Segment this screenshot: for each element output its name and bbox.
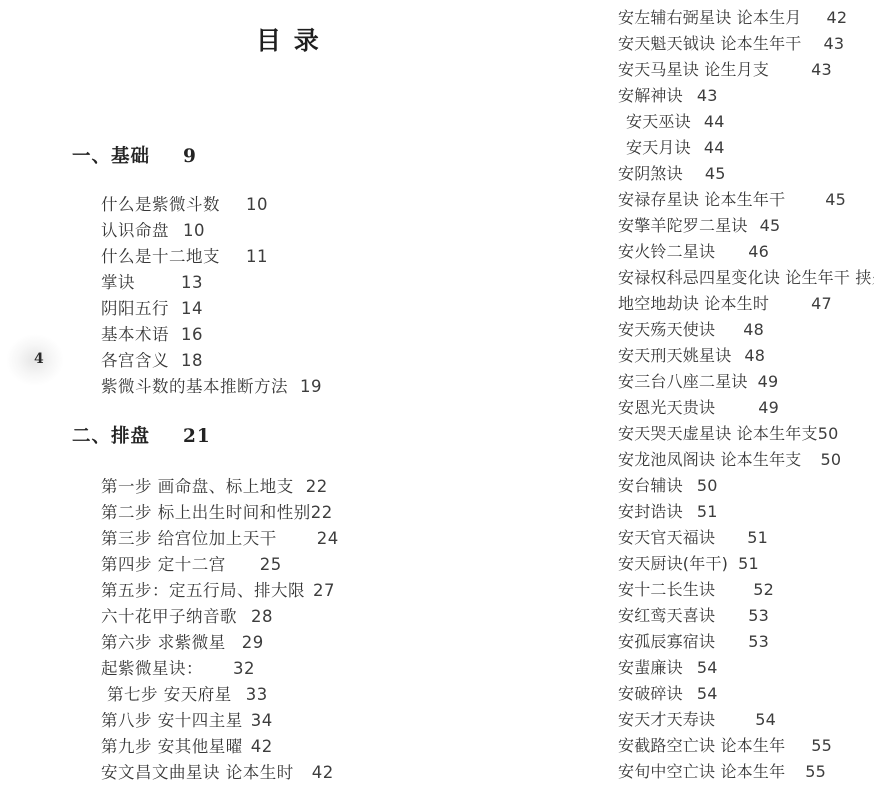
toc-entry-label: 第七步 安天府星 [107, 685, 232, 704]
toc-entry: 第二步 标上出生时间和性别22 [101, 500, 339, 526]
toc-entry-page: 44 [704, 135, 725, 161]
toc-entry-page: 24 [317, 526, 339, 552]
toc-entry-label: 安天马星诀 论生月支 [618, 60, 769, 79]
toc-entry-page: 11 [246, 244, 268, 270]
toc-entry-page: 22 [311, 500, 333, 526]
toc-entry-label: 安天哭天虚星诀 论本生年支 [618, 424, 818, 443]
toc-entry-page: 48 [743, 317, 764, 343]
toc-entry-label: 安禄权科忌四星变化诀 论生年干 挟火而化 [618, 268, 874, 287]
toc-entry-page: 51 [697, 499, 718, 525]
toc-entry: 安龙池凤阁诀 论本生年支50 [618, 447, 874, 473]
toc-entry-label: 安左辅右弼星诀 论本生月 [618, 8, 802, 27]
toc-entry: 安阴煞诀45 [618, 161, 874, 187]
toc-entry: 安天才天寿诀54 [618, 707, 874, 733]
toc-entry-label: 第四步 定十二宫 [101, 555, 226, 574]
toc-entry: 第七步 安天府星33 [101, 682, 339, 708]
toc-entry-page: 55 [811, 733, 832, 759]
toc-entry-label: 掌诀 [101, 273, 135, 292]
toc-entry: 安擎羊陀罗二星诀45 [618, 213, 874, 239]
toc-entry: 安天官天福诀51 [618, 525, 874, 551]
toc-entry-label: 安红鸾天喜诀 [618, 606, 715, 625]
toc-entry-label: 基本术语 [101, 325, 169, 344]
toc-entry-page: 45 [705, 161, 726, 187]
toc-entry-page: 43 [697, 83, 718, 109]
toc-entry: 安天刑天姚星诀48 [618, 343, 874, 369]
toc-entry: 安天哭天虚星诀 论本生年支50 [618, 421, 874, 447]
toc-entry-page: 44 [704, 109, 725, 135]
toc-entry-page: 53 [748, 629, 769, 655]
toc-entry: 安火铃二星诀46 [618, 239, 874, 265]
toc-entry-label: 安十二长生诀 [618, 580, 715, 599]
toc-entry-label: 起紫微星诀： [101, 659, 203, 678]
toc-entry: 地空地劫诀 论本生时47 [618, 291, 874, 317]
section-heading-label: 二、排盘 [72, 426, 150, 447]
toc-entry-label: 安天殇天使诀 [618, 320, 715, 339]
toc-entry-page: 43 [824, 31, 845, 57]
toc-entry: 起紫微星诀：32 [101, 656, 339, 682]
toc-entry-label: 什么是紫微斗数 [101, 195, 220, 214]
toc-entry-label: 安恩光天贵诀 [618, 398, 715, 417]
toc-entry-label: 安天月诀 [626, 138, 691, 157]
toc-entry-label: 安擎羊陀罗二星诀 [618, 216, 748, 235]
toc-entry: 第五步：定五行局、排大限27 [101, 578, 339, 604]
toc-entry-page: 10 [246, 192, 268, 218]
toc-entry-page: 45 [760, 213, 781, 239]
scanned-toc-page: 4 目 录 一、基础9 什么是紫微斗数10认识命盘10什么是十二地支11掌诀13… [0, 0, 874, 786]
toc-entry-label: 安蜚廉诀 [618, 658, 683, 677]
toc-entry: 安十二长生诀52 [618, 577, 874, 603]
toc-entry-label: 各宫含义 [101, 351, 169, 370]
toc-entry: 紫微斗数的基本推断方法19 [101, 374, 322, 400]
toc-entry: 安破碎诀54 [618, 681, 874, 707]
toc-entry-page: 16 [181, 322, 203, 348]
toc-entry: 认识命盘10 [101, 218, 322, 244]
toc-entry-page: 48 [744, 343, 765, 369]
toc-entry-page: 42 [827, 5, 848, 31]
toc-entry-page: 51 [747, 525, 768, 551]
toc-entry-page: 18 [181, 348, 203, 374]
toc-entry-page: 29 [242, 630, 264, 656]
toc-entry-page: 52 [753, 577, 774, 603]
toc-entry-page: 42 [251, 734, 273, 760]
toc-entry: 第八步 安十四主星34 [101, 708, 339, 734]
toc-entry-label: 第五步：定五行局、排大限 [101, 581, 305, 600]
toc-entry: 安天魁天钺诀 论本生年干43 [618, 31, 874, 57]
toc-entry-page: 50 [697, 473, 718, 499]
toc-entry-page: 50 [821, 447, 842, 473]
toc-entry: 安台辅诀50 [618, 473, 874, 499]
toc-entry-label: 安孤辰寡宿诀 [618, 632, 715, 651]
toc-entry-page: 28 [251, 604, 273, 630]
toc-entry-page: 33 [246, 682, 268, 708]
toc-entry: 安孤辰寡宿诀53 [618, 629, 874, 655]
toc-entry-label: 安台辅诀 [618, 476, 683, 495]
toc-entry-label: 安破碎诀 [618, 684, 683, 703]
toc-entry-label: 紫微斗数的基本推断方法 [101, 377, 288, 396]
toc-entry: 安天巫诀44 [618, 109, 874, 135]
toc-entry: 掌诀13 [101, 270, 322, 296]
toc-entry: 安左辅右弼星诀 论本生月42 [618, 5, 874, 31]
toc-entry: 第九步 安其他星曜42 [101, 734, 339, 760]
toc-entry-label: 安天刑天姚星诀 [618, 346, 731, 365]
toc-entry-page: 32 [233, 656, 255, 682]
toc-entry: 安文昌文曲星诀 论本生时42 [101, 760, 339, 786]
toc-entry-page: 50 [818, 421, 839, 447]
toc-entry: 安截路空亡诀 论本生年55 [618, 733, 874, 759]
toc-entry: 安天殇天使诀48 [618, 317, 874, 343]
toc-entry: 安天厨诀(年干)51 [618, 551, 874, 577]
toc-entry-page: 10 [183, 218, 205, 244]
toc-entry-page: 49 [758, 369, 779, 395]
toc-entry: 安天月诀44 [618, 135, 874, 161]
toc-entry-page: 47 [811, 291, 832, 317]
toc-entry-page: 54 [697, 681, 718, 707]
toc-entry-page: 14 [181, 296, 203, 322]
toc-entry: 安解神诀43 [618, 83, 874, 109]
toc-entry: 安恩光天贵诀49 [618, 395, 874, 421]
toc-entry-page: 55 [805, 759, 826, 785]
toc-entry-label: 第六步 求紫微星 [101, 633, 226, 652]
section-heading-page: 21 [183, 426, 211, 447]
section-heading-basics: 一、基础9 [72, 142, 197, 168]
toc-entry-label: 认识命盘 [101, 221, 169, 240]
toc-entry-page: 22 [306, 474, 328, 500]
section-heading-chart-arrangement: 二、排盘21 [72, 422, 211, 448]
toc-entry: 六十花甲子纳音歌28 [101, 604, 339, 630]
toc-entry: 安禄权科忌四星变化诀 论生年干 挟火而化 [618, 265, 874, 291]
toc-entry-label: 第九步 安其他星曜 [101, 737, 243, 756]
toc-entry-label: 地空地劫诀 论本生时 [618, 294, 769, 313]
toc-entry-label: 安封诰诀 [618, 502, 683, 521]
toc-entry-label: 安阴煞诀 [618, 164, 683, 183]
toc-entry-page: 13 [181, 270, 203, 296]
toc-entry-page: 34 [251, 708, 273, 734]
toc-entry: 安旬中空亡诀 论本生年55 [618, 759, 874, 785]
toc-entry: 安红鸾天喜诀53 [618, 603, 874, 629]
toc-entry-page: 27 [313, 578, 335, 604]
toc-entry-label: 安旬中空亡诀 论本生年 [618, 762, 785, 781]
toc-entry: 第六步 求紫微星29 [101, 630, 339, 656]
toc-entry-page: 51 [738, 551, 759, 577]
toc-entry-label: 安天官天福诀 [618, 528, 715, 547]
toc-entry: 各宫含义18 [101, 348, 322, 374]
toc-entry-page: 45 [825, 187, 846, 213]
toc-entry: 安禄存星诀 论本生年干45 [618, 187, 874, 213]
toc-entry-label: 安天才天寿诀 [618, 710, 715, 729]
toc-entry-label: 安天厨诀(年干) [618, 554, 728, 573]
toc-list-basics: 什么是紫微斗数10认识命盘10什么是十二地支11掌诀13阴阳五行14基本术语16… [101, 192, 322, 400]
toc-entry: 基本术语16 [101, 322, 322, 348]
page-title: 目 录 [256, 21, 321, 57]
toc-entry-page: 53 [748, 603, 769, 629]
toc-entry-label: 安文昌文曲星诀 论本生时 [101, 763, 294, 782]
toc-entry-label: 安龙池凤阁诀 论本生年支 [618, 450, 802, 469]
toc-entry-label: 阴阳五行 [101, 299, 169, 318]
toc-entry-page: 25 [260, 552, 282, 578]
toc-entry: 第四步 定十二宫25 [101, 552, 339, 578]
toc-entry: 安天马星诀 论生月支43 [618, 57, 874, 83]
toc-entry-page: 54 [697, 655, 718, 681]
toc-list-chart-arrangement: 第一步 画命盘、标上地支22第二步 标上出生时间和性别22第三步 给宫位加上天干… [101, 474, 339, 786]
toc-entry-label: 第三步 给宫位加上天干 [101, 529, 277, 548]
toc-entry: 阴阳五行14 [101, 296, 322, 322]
toc-entry-label: 安解神诀 [618, 86, 683, 105]
toc-entry-page: 46 [748, 239, 769, 265]
toc-entry-label: 第二步 标上出生时间和性别 [101, 503, 311, 522]
toc-entry: 第三步 给宫位加上天干24 [101, 526, 339, 552]
toc-entry-page: 54 [755, 707, 776, 733]
toc-entry-label: 第八步 安十四主星 [101, 711, 243, 730]
toc-entry-label: 安三台八座二星诀 [618, 372, 748, 391]
toc-entry-page: 43 [811, 57, 832, 83]
margin-page-number: 4 [34, 351, 44, 367]
toc-entry-label: 安火铃二星诀 [618, 242, 715, 261]
toc-entry-page: 19 [300, 374, 322, 400]
section-heading-page: 9 [183, 146, 197, 167]
toc-entry: 什么是紫微斗数10 [101, 192, 322, 218]
toc-entry: 安蜚廉诀54 [618, 655, 874, 681]
toc-entry-label: 安截路空亡诀 论本生年 [618, 736, 785, 755]
section-heading-label: 一、基础 [72, 146, 150, 167]
toc-entry-label: 什么是十二地支 [101, 247, 220, 266]
toc-entry: 什么是十二地支11 [101, 244, 322, 270]
toc-entry-label: 安禄存星诀 论本生年干 [618, 190, 785, 209]
toc-entry-label: 第一步 画命盘、标上地支 [101, 477, 294, 496]
toc-entry-page: 42 [312, 760, 334, 786]
toc-entry: 安三台八座二星诀49 [618, 369, 874, 395]
toc-entry: 安封诰诀51 [618, 499, 874, 525]
toc-entry-page: 49 [758, 395, 779, 421]
toc-list-right-column: 安左辅右弼星诀 论本生月42安天魁天钺诀 论本生年干43安天马星诀 论生月支43… [618, 5, 874, 785]
toc-entry-label: 安天魁天钺诀 论本生年干 [618, 34, 802, 53]
toc-entry-label: 安天巫诀 [626, 112, 691, 131]
toc-entry-label: 六十花甲子纳音歌 [101, 607, 237, 626]
toc-entry: 第一步 画命盘、标上地支22 [101, 474, 339, 500]
